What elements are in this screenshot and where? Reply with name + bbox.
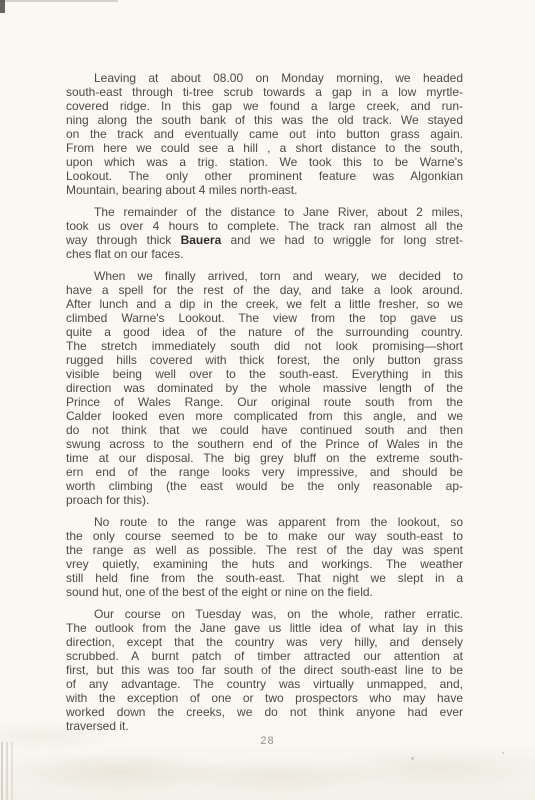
text-line: way through thick Bauera and we had to w… <box>66 233 463 247</box>
text-line: Our course on Tuesday was, on the whole,… <box>66 607 463 621</box>
text-segment: way through thick <box>66 233 181 247</box>
scan-binding-streaks <box>0 742 16 800</box>
text-line: visible being well over to the south-eas… <box>66 367 463 381</box>
scan-top-edge-shadow <box>0 0 118 2</box>
text-line: sound hut, one of the best of the eight … <box>66 585 463 599</box>
paragraph: Our course on Tuesday was, on the whole,… <box>66 607 463 733</box>
text-line: From here we could see a hill , a short … <box>66 141 463 155</box>
page-number: 28 <box>0 735 535 747</box>
text-line: the range as well as possible. The rest … <box>66 543 463 557</box>
scan-speckle <box>411 757 414 760</box>
text-line: do not think that we could have continue… <box>66 423 463 437</box>
scan-streak <box>6 742 8 800</box>
text-line: the only course seemed to be to make our… <box>66 529 463 543</box>
text-line: with the exception of one or two prospec… <box>66 691 463 705</box>
text-line: covered ridge. In this gap we found a la… <box>66 99 463 113</box>
text-line: worth climbing (the east would be the on… <box>66 479 463 493</box>
bold-term: Bauera <box>181 233 222 247</box>
text-line: worked down the creeks, we do not think … <box>66 705 463 719</box>
text-line: time at our disposal. The big grey bluff… <box>66 451 463 465</box>
text-segment: and we had to wriggle for long stret- <box>221 233 463 247</box>
text-line: direction, except that the country was v… <box>66 635 463 649</box>
text-block: Leaving at about 08.00 on Monday morning… <box>66 71 463 733</box>
text-line: vrey quietly, examining the huts and wor… <box>66 557 463 571</box>
paragraph: No route to the range was apparent from … <box>66 515 463 599</box>
paragraph: Leaving at about 08.00 on Monday morning… <box>66 71 463 197</box>
text-line: quite a good idea of the nature of the s… <box>66 325 463 339</box>
text-line: Mountain, bearing about 4 miles north-ea… <box>66 183 463 197</box>
paragraph: The remainder of the distance to Jane Ri… <box>66 205 463 261</box>
text-line: of any advantage. The country was virtua… <box>66 677 463 691</box>
text-line: After lunch and a dip in the creek, we f… <box>66 297 463 311</box>
scan-corner-mark <box>0 0 5 13</box>
text-line: The stretch immediately south did not lo… <box>66 339 463 353</box>
text-line: The outlook from the Jane gave us little… <box>66 621 463 635</box>
text-line: ches flat on our faces. <box>66 247 463 261</box>
text-line: ning along the south bank of this was th… <box>66 113 463 127</box>
scan-streak <box>11 742 13 800</box>
text-line: Prince of Wales Range. Our original rout… <box>66 395 463 409</box>
text-line: direction was dominated by the whole mas… <box>66 381 463 395</box>
text-line: still held fine from the south-east. Tha… <box>66 571 463 585</box>
scanned-page: Leaving at about 08.00 on Monday morning… <box>0 0 535 800</box>
text-line: have a spell for the rest of the day, an… <box>66 283 463 297</box>
text-line: took us over 4 hours to complete. The tr… <box>66 219 463 233</box>
text-line: proach for this). <box>66 493 463 507</box>
text-line: swung across to the southern end of the … <box>66 437 463 451</box>
text-line: first, but this was too far south of the… <box>66 663 463 677</box>
text-line: ern end of the range looks very impressi… <box>66 465 463 479</box>
scan-speckle <box>502 752 504 754</box>
text-line: Leaving at about 08.00 on Monday morning… <box>66 71 463 85</box>
text-line: Lookout. The only other prominent featur… <box>66 169 463 183</box>
text-line: Calder looked even more complicated from… <box>66 409 463 423</box>
text-line: on the track and eventually came out int… <box>66 127 463 141</box>
text-line: climbed Warne's Lookout. The view from t… <box>66 311 463 325</box>
text-line: When we finally arrived, torn and weary,… <box>66 269 463 283</box>
text-line: traversed it. <box>66 719 463 733</box>
text-line: The remainder of the distance to Jane Ri… <box>66 205 463 219</box>
text-line: scrubbed. A burnt patch of timber attrac… <box>66 649 463 663</box>
text-line: upon which was a trig. station. We took … <box>66 155 463 169</box>
paragraph: When we finally arrived, torn and weary,… <box>66 269 463 507</box>
text-line: south-east through ti-tree scrub towards… <box>66 85 463 99</box>
text-line: rugged hills covered with thick forest, … <box>66 353 463 367</box>
text-line: No route to the range was apparent from … <box>66 515 463 529</box>
scan-streak <box>1 742 3 800</box>
